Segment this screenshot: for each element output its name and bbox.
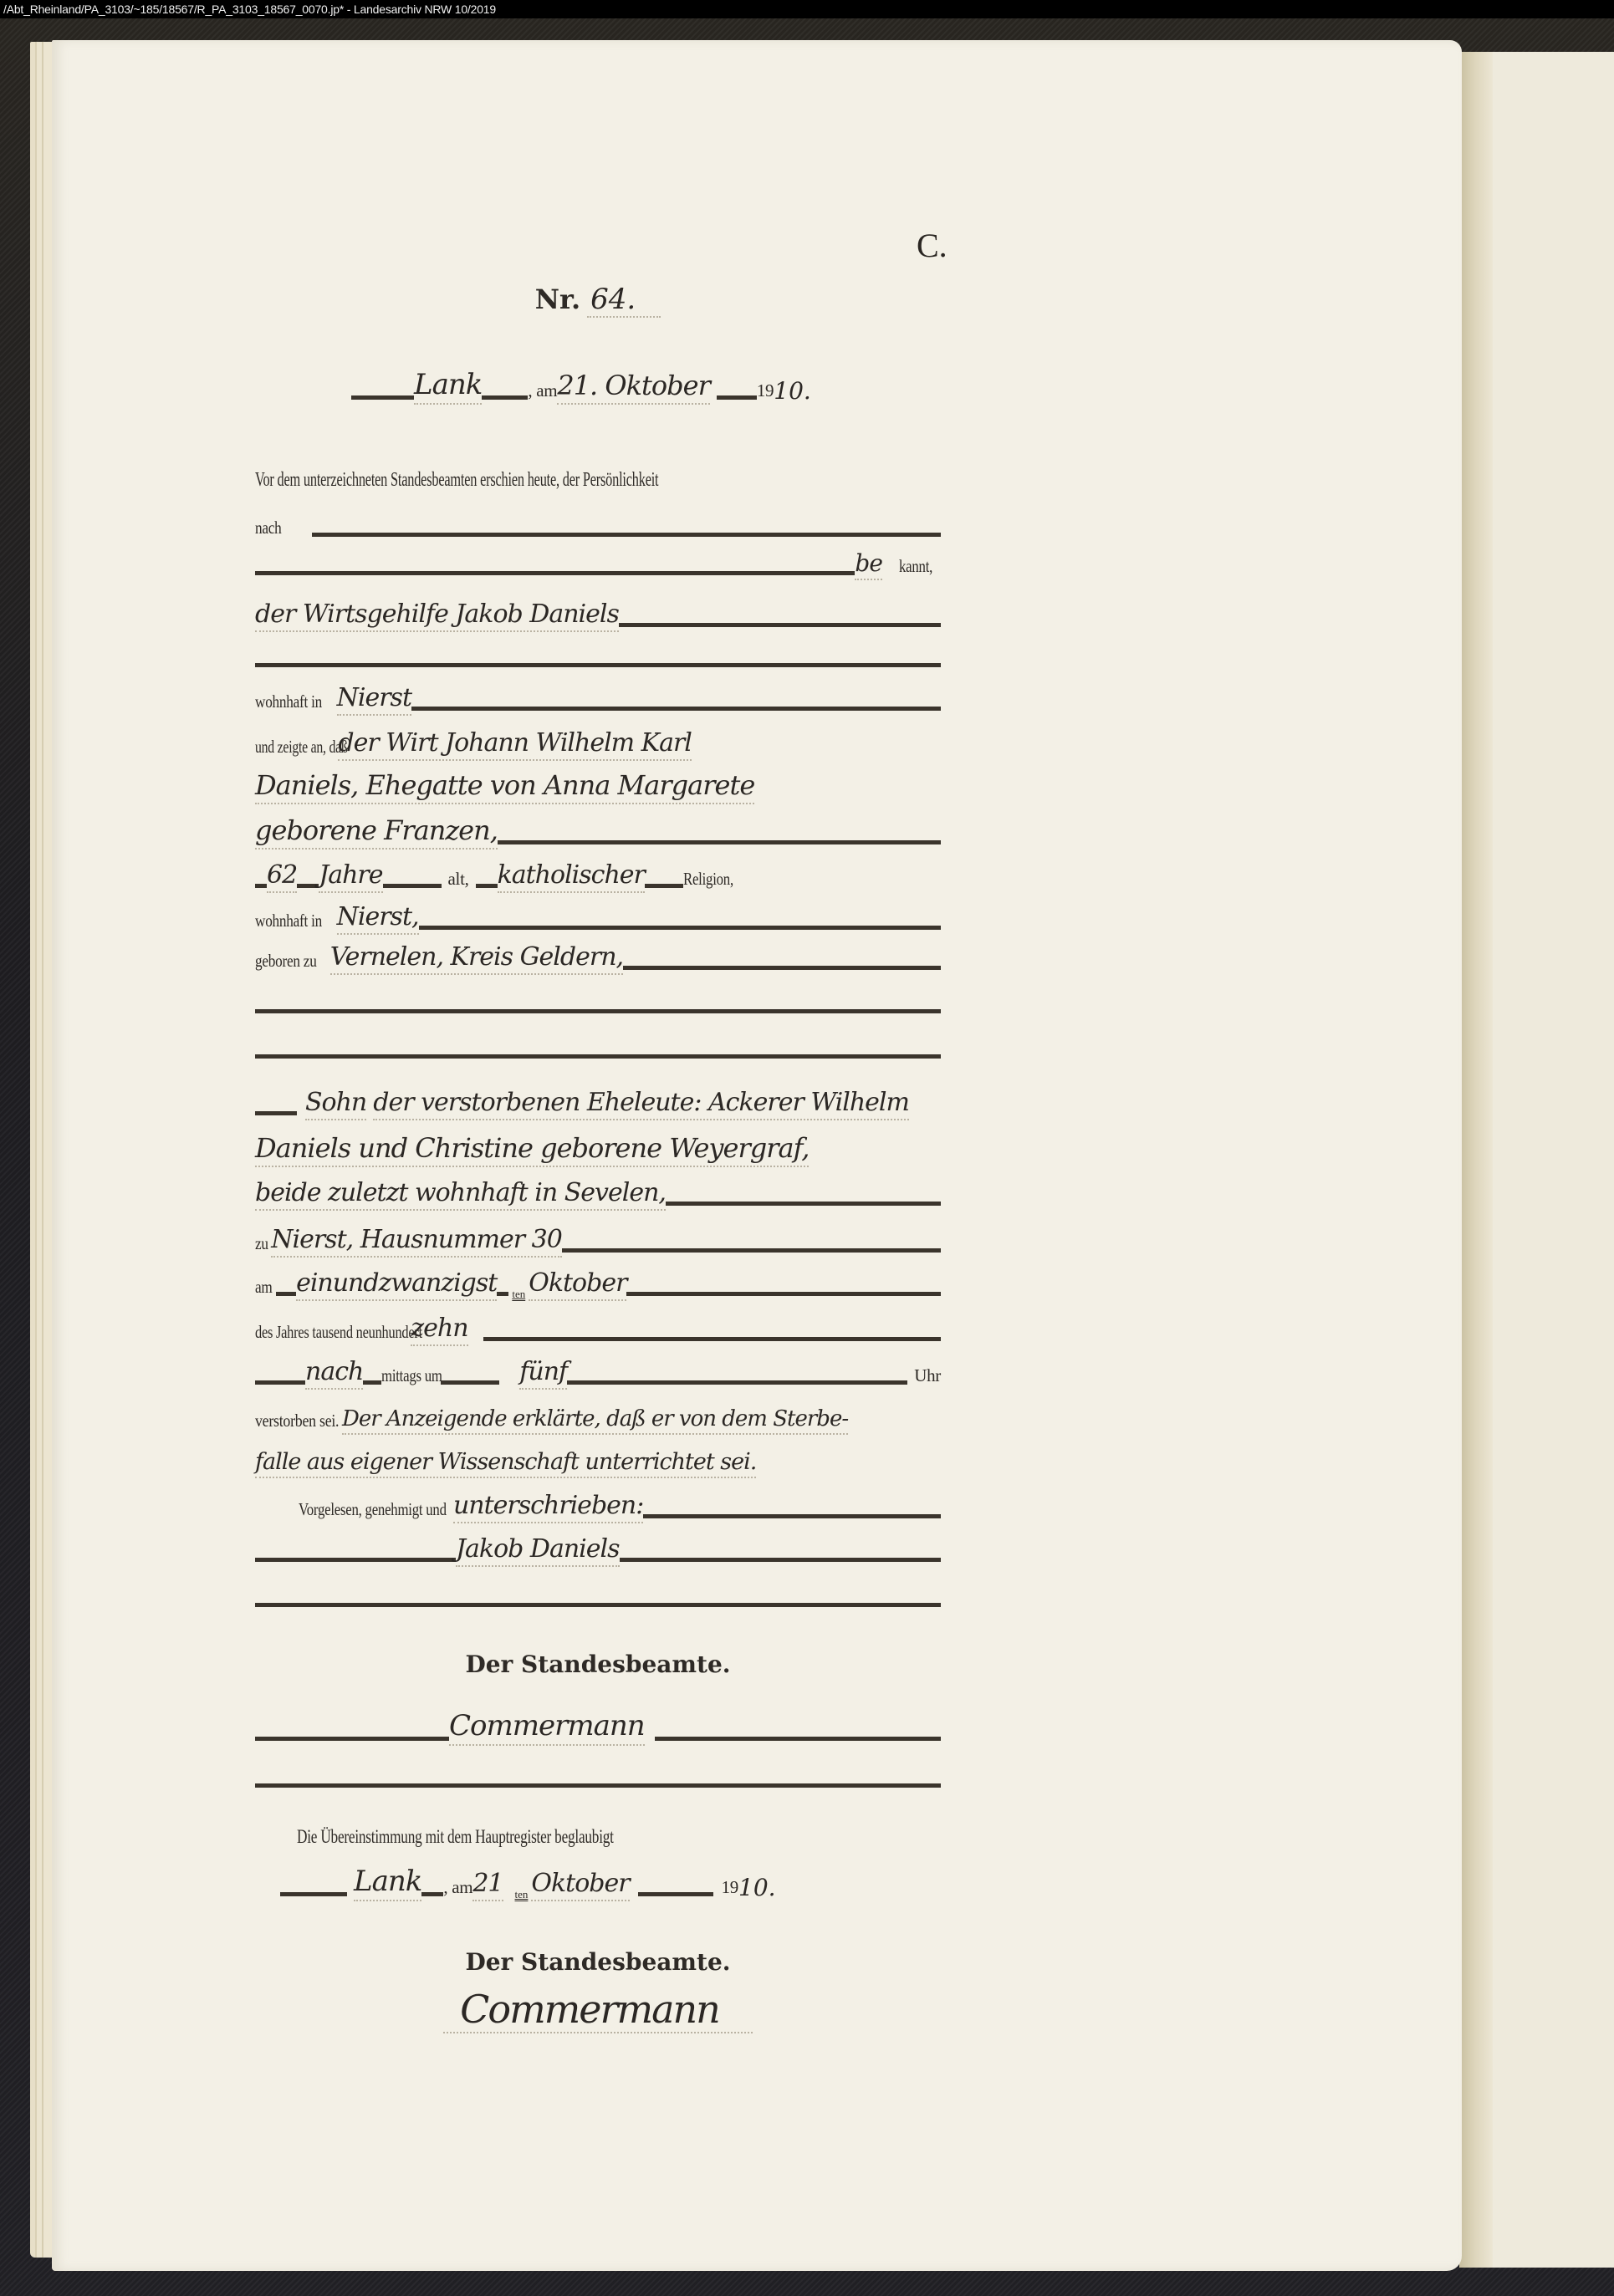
jahres-label: des Jahres tausend neunhundert	[255, 1322, 422, 1346]
number-label: Nr.	[535, 283, 580, 315]
parents-line-1: Sohn der verstorbenen Eheleute: Ackerer …	[255, 1084, 941, 1120]
informant-name: der Wirtsgehilfe Jakob Daniels	[255, 600, 619, 632]
rule	[717, 395, 757, 400]
blank-line	[255, 635, 941, 672]
informant-signature-line: Jakob Daniels	[255, 1530, 941, 1567]
header-date: 21. Oktober	[557, 370, 710, 405]
rule	[619, 623, 941, 627]
rule	[562, 1248, 941, 1253]
zu-label: zu	[255, 1233, 268, 1258]
death-place: Nierst, Hausnummer 30	[271, 1225, 562, 1258]
zeigte-line: und zeigte an, daß der Wirt Johann Wilhe…	[255, 724, 941, 761]
parents-text-1: der verstorbenen Eheleute: Ackerer Wilhe…	[373, 1088, 909, 1120]
cert-place: Lank	[354, 1865, 421, 1901]
rule	[255, 1783, 941, 1788]
window-title-bar: /Abt_Rheinland/PA_3103/~185/18567/R_PA_3…	[0, 0, 1614, 18]
nach-line: nach	[255, 505, 941, 542]
am-label: am	[255, 1277, 273, 1301]
parents-text-2: Daniels und Christine geborene Weyergraf…	[255, 1132, 809, 1167]
death-time-line: nach mittags um fünf Uhr	[255, 1353, 941, 1390]
rule	[312, 533, 941, 537]
rule	[255, 1054, 941, 1059]
deceased-line-1: der Wirt Johann Wilhelm Karl	[338, 728, 692, 761]
ten-suffix: ten	[512, 1288, 525, 1301]
section-letter: C.	[917, 226, 947, 265]
registrar-signature: Commermann	[449, 1709, 645, 1746]
cert-place-date: Lank , am 21 ten Oktober 19 10.	[280, 1865, 941, 1901]
header-place: Lank	[414, 368, 482, 405]
uhr-label: Uhr	[914, 1365, 941, 1390]
registrar-signature-line: Commermann	[255, 1709, 941, 1746]
birthplace: Vernelen, Kreis Geldern,	[330, 942, 623, 975]
rule	[626, 1292, 941, 1296]
rule	[643, 1514, 941, 1518]
rule	[482, 395, 528, 400]
header-year-prefix: 19	[757, 380, 774, 405]
cert-year-suffix: 10.	[738, 1874, 776, 1901]
rule	[666, 1202, 941, 1206]
informant-signature: Jakob Daniels	[456, 1534, 620, 1567]
deceased-line-3: geborene Franzen,	[255, 814, 498, 850]
vorgelesen-fill: unterschrieben:	[453, 1491, 643, 1523]
verstorben-label: verstorben sei.	[255, 1411, 339, 1435]
declaration-line-2-row: falle aus eigener Wissenschaft unterrich…	[255, 1441, 941, 1478]
blank-line	[255, 982, 941, 1018]
cert-ten: ten	[515, 1888, 529, 1901]
rule	[483, 1337, 941, 1341]
zeigte-label: und zeigte an, daß	[255, 737, 348, 761]
rule	[255, 663, 941, 667]
number-value: 64.	[587, 283, 661, 318]
rule	[623, 966, 941, 970]
parents-line-2: Daniels und Christine geborene Weyergraf…	[255, 1130, 941, 1167]
header-year-suffix: 10.	[774, 377, 811, 405]
nach-label: nach	[255, 518, 282, 542]
rule	[655, 1737, 941, 1741]
header-place-date: Lank , am 21. Oktober 19 10.	[351, 368, 945, 405]
declaration-line-1: Der Anzeigende erklärte, daß er von dem …	[342, 1406, 848, 1435]
death-place-line: zu Nierst, Hausnummer 30	[255, 1221, 941, 1258]
deceased-residence-line: wohnhaft in Nierst,	[255, 898, 941, 935]
rule	[351, 395, 414, 400]
rule	[620, 1558, 942, 1562]
deceased-line-2: Daniels, Ehegatte von Anna Margarete	[255, 769, 754, 804]
kannt-label: kannt,	[899, 556, 932, 580]
rule	[419, 926, 941, 930]
deceased-residence: Nierst,	[337, 902, 419, 935]
informant-residence: Nierst	[337, 683, 411, 716]
vorgelesen-line: Vorgelesen, genehmigt und unterschrieben…	[255, 1487, 941, 1523]
blank-line	[255, 1027, 941, 1064]
entry-number: Nr. 64.	[255, 283, 941, 316]
informant-line: der Wirtsgehilfe Jakob Daniels	[255, 595, 941, 632]
religion-value: katholischer	[498, 860, 645, 893]
death-year-line: des Jahres tausend neunhundert zehn	[255, 1309, 941, 1346]
window-title: /Abt_Rheinland/PA_3103/~185/18567/R_PA_3…	[3, 3, 496, 16]
rule	[255, 571, 855, 575]
book-gutter	[1459, 52, 1493, 2268]
deceased-line-3-row: geborene Franzen,	[255, 813, 941, 850]
religion-label: Religion,	[683, 869, 733, 893]
blank-line	[255, 1575, 941, 1612]
alt-label: alt,	[448, 869, 469, 893]
parents-text-3: beide zuletzt wohnhaft in Sevelen,	[255, 1178, 666, 1211]
geboren-label: geboren zu	[255, 951, 317, 975]
death-hour: fünf	[519, 1357, 567, 1390]
informant-residence-line: wohnhaft in Nierst	[255, 679, 941, 716]
age-religion-line: 62 Jahre alt, katholischer Religion,	[255, 856, 941, 893]
vorgelesen-label: Vorgelesen, genehmigt und	[299, 1499, 447, 1523]
cert-am-label: , am	[443, 1877, 472, 1901]
bekannt-line: be kannt,	[255, 543, 941, 580]
death-month: Oktober	[529, 1268, 626, 1301]
certification-text: Die Übereinstimmung mit dem Hauptregiste…	[297, 1826, 614, 1851]
verstorben-line: verstorben sei. Der Anzeigende erklärte,…	[255, 1398, 941, 1435]
cert-registrar-signature-block: Commermann	[255, 1987, 941, 2033]
header-am-label: , am	[528, 380, 557, 405]
cert-day: 21	[472, 1869, 503, 1901]
certification-line: Die Übereinstimmung mit dem Hauptregiste…	[297, 1814, 983, 1851]
parents-line-3: beide zuletzt wohnhaft in Sevelen,	[255, 1174, 941, 1211]
deceased-residence-label: wohnhaft in	[255, 911, 322, 935]
age-unit: Jahre	[319, 860, 382, 893]
death-date-line: am einundzwanzigst ten Oktober	[255, 1264, 941, 1301]
deceased-line-2-row: Daniels, Ehegatte von Anna Margarete	[255, 768, 941, 804]
parents-prefix: Sohn	[305, 1088, 366, 1120]
cert-month: Oktober	[531, 1869, 629, 1901]
cert-registrar-signature: Commermann	[443, 1987, 753, 2033]
be-fill: be	[855, 549, 882, 580]
rule	[411, 707, 941, 711]
registrar-title: Der Standesbeamte.	[255, 1651, 941, 1678]
rule	[567, 1380, 907, 1385]
mittags-label: mittags um	[381, 1365, 442, 1390]
death-day: einundzwanzigst	[296, 1268, 497, 1301]
time-prefix: nach	[305, 1357, 363, 1390]
cert-year-prefix: 19	[722, 1877, 738, 1901]
rule	[498, 840, 941, 844]
rule	[255, 1009, 941, 1013]
age-value: 62	[267, 860, 297, 893]
cert-registrar-title: Der Standesbeamte.	[255, 1948, 941, 1976]
intro-text: Vor dem unterzeichneten Standesbeamten e…	[255, 469, 658, 495]
blank-line	[255, 1756, 941, 1793]
intro-line: Vor dem unterzeichneten Standesbeamten e…	[255, 458, 941, 495]
rule	[255, 1603, 941, 1607]
birthplace-line: geboren zu Vernelen, Kreis Geldern,	[255, 938, 941, 975]
wohnhaft-label: wohnhaft in	[255, 691, 322, 716]
declaration-line-2: falle aus eigener Wissenschaft unterrich…	[255, 1449, 756, 1478]
adjacent-page	[1480, 52, 1614, 2268]
